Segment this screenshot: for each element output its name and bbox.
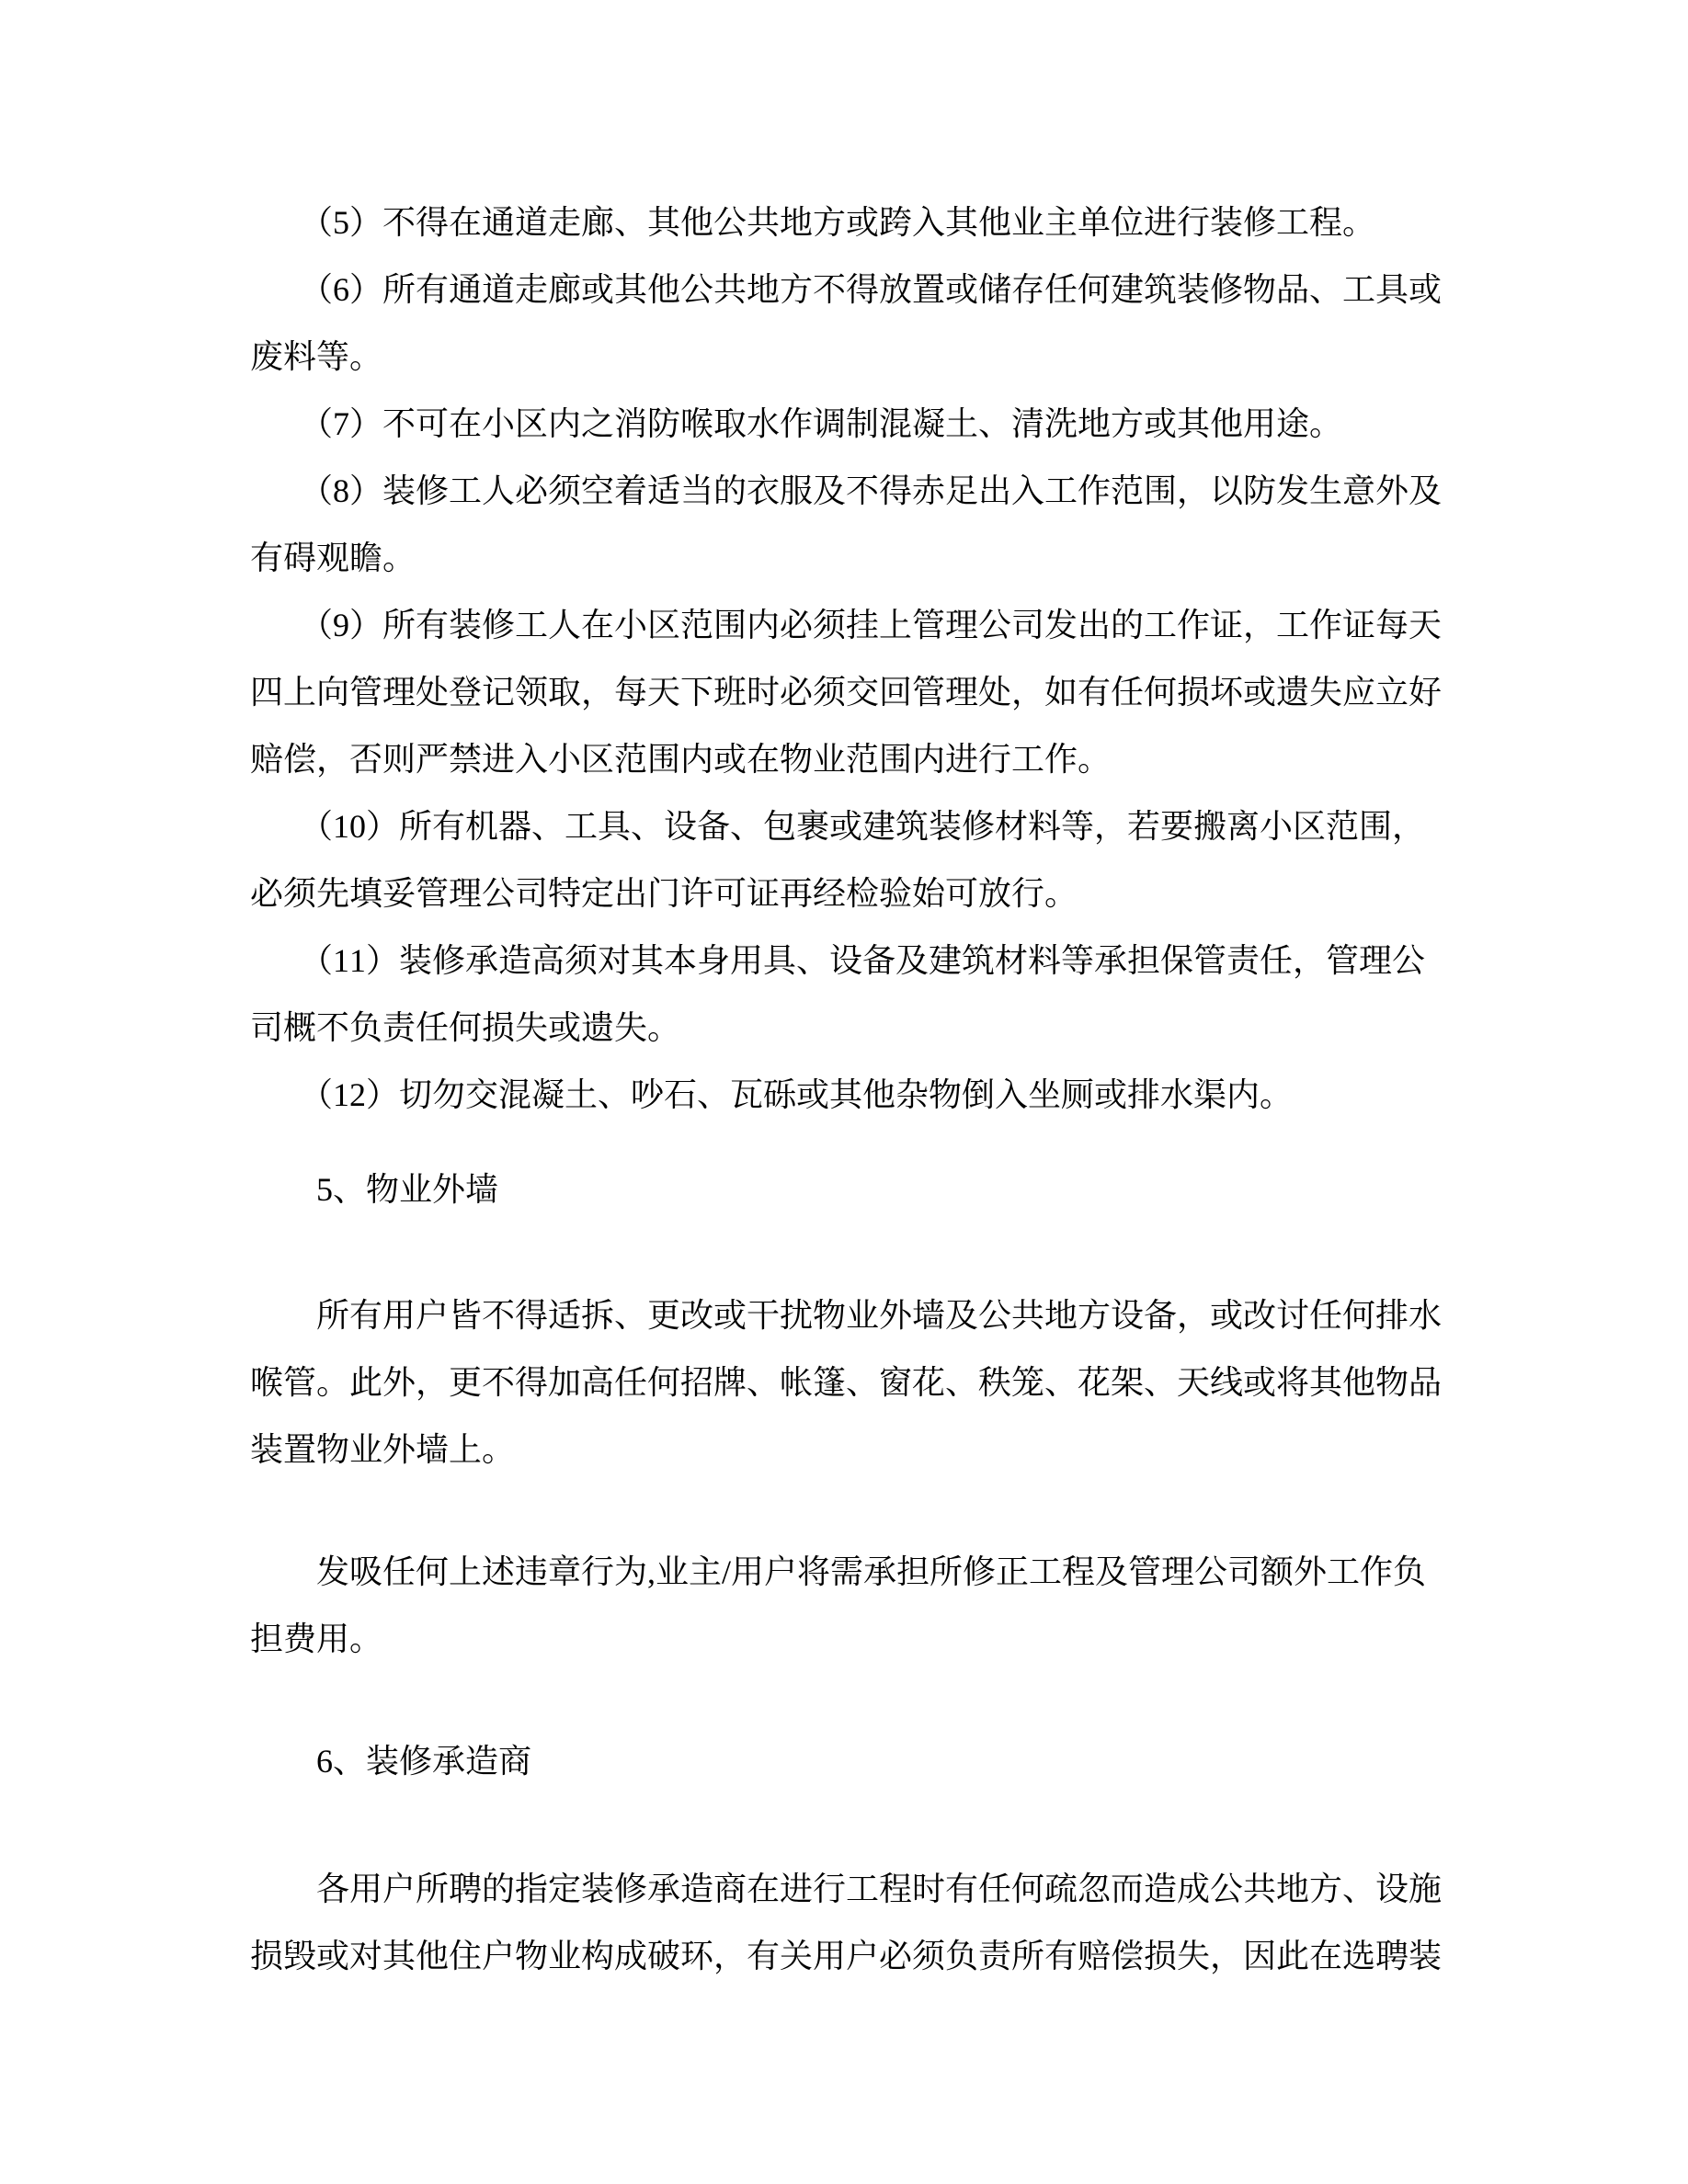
clause-6-line-1: （6）所有通道走廊或其他公共地方不得放置或储存任何建筑装修物品、工具或 <box>250 256 1504 324</box>
contractor-para-line-1: 各用户所聘的指定装修承造商在进行工程时有任何疏忽而造成公共地方、设施 <box>250 1856 1504 1923</box>
exterior-wall-para-line-1: 所有用户皆不得适拆、更改或干扰物业外墙及公共地方设备，或改讨任何排水 <box>250 1282 1504 1349</box>
clause-8-line-2: 有碍观瞻。 <box>250 525 1504 592</box>
clause-11-line-2: 司概不负责任何损失或遗失。 <box>250 995 1504 1062</box>
contractor-para-line-2: 损毁或对其他住户物业构成破环，有关用户必须负责所有赔偿损失，因此在选聘装 <box>250 1923 1504 1990</box>
clause-12-line: （12）切勿交混凝土、吵石、瓦砾或其他杂物倒入坐厕或排水渠内。 <box>250 1062 1504 1129</box>
clause-9-line-3: 赔偿，否则严禁进入小区范围内或在物业范围内进行工作。 <box>250 726 1504 793</box>
clause-9-line-2: 四上向管理处登记领取，每天下班时必须交回管理处，如有任何损坏或遗失应立好 <box>250 659 1504 726</box>
clause-9-line-1: （9）所有装修工人在小区范围内必须挂上管理公司发出的工作证，工作证每天 <box>250 592 1504 659</box>
exterior-wall-para-line-3: 装置物业外墙上。 <box>250 1416 1504 1484</box>
clause-5-line: （5）不得在通道走廊、其他公共地方或跨入其他业主单位进行装修工程。 <box>250 189 1504 256</box>
clause-11-line-1: （11）装修承造高须对其本身用具、设备及建筑材料等承担保管责任，管理公 <box>250 927 1504 995</box>
violation-para-line-1: 发吸任何上述违章行为,业主/用户将需承担所修正工程及管理公司额外工作负 <box>250 1539 1504 1606</box>
document-page: （5）不得在通道走廊、其他公共地方或跨入其他业主单位进行装修工程。 （6）所有通… <box>0 0 1688 2184</box>
clause-8-line-1: （8）装修工人必须空着适当的衣服及不得赤足出入工作范围，以防发生意外及 <box>250 458 1504 525</box>
violation-para-line-2: 担费用。 <box>250 1606 1504 1673</box>
clause-7-line: （7）不可在小区内之消防喉取水作调制混凝土、清洗地方或其他用途。 <box>250 391 1504 458</box>
clause-6-line-2: 废料等。 <box>250 324 1504 391</box>
section-heading-exterior-wall: 5、物业外墙 <box>250 1156 1504 1223</box>
clause-10-line-1: （10）所有机器、工具、设备、包裹或建筑装修材料等，若要搬离小区范围， <box>250 793 1504 860</box>
clause-10-line-2: 必须先填妥管理公司特定出门许可证再经检验始可放行。 <box>250 860 1504 927</box>
section-heading-contractor: 6、装修承造商 <box>250 1728 1504 1795</box>
exterior-wall-para-line-2: 喉管。此外，更不得加高任何招牌、帐篷、窗花、秩笼、花架、天线或将其他物品 <box>250 1349 1504 1416</box>
